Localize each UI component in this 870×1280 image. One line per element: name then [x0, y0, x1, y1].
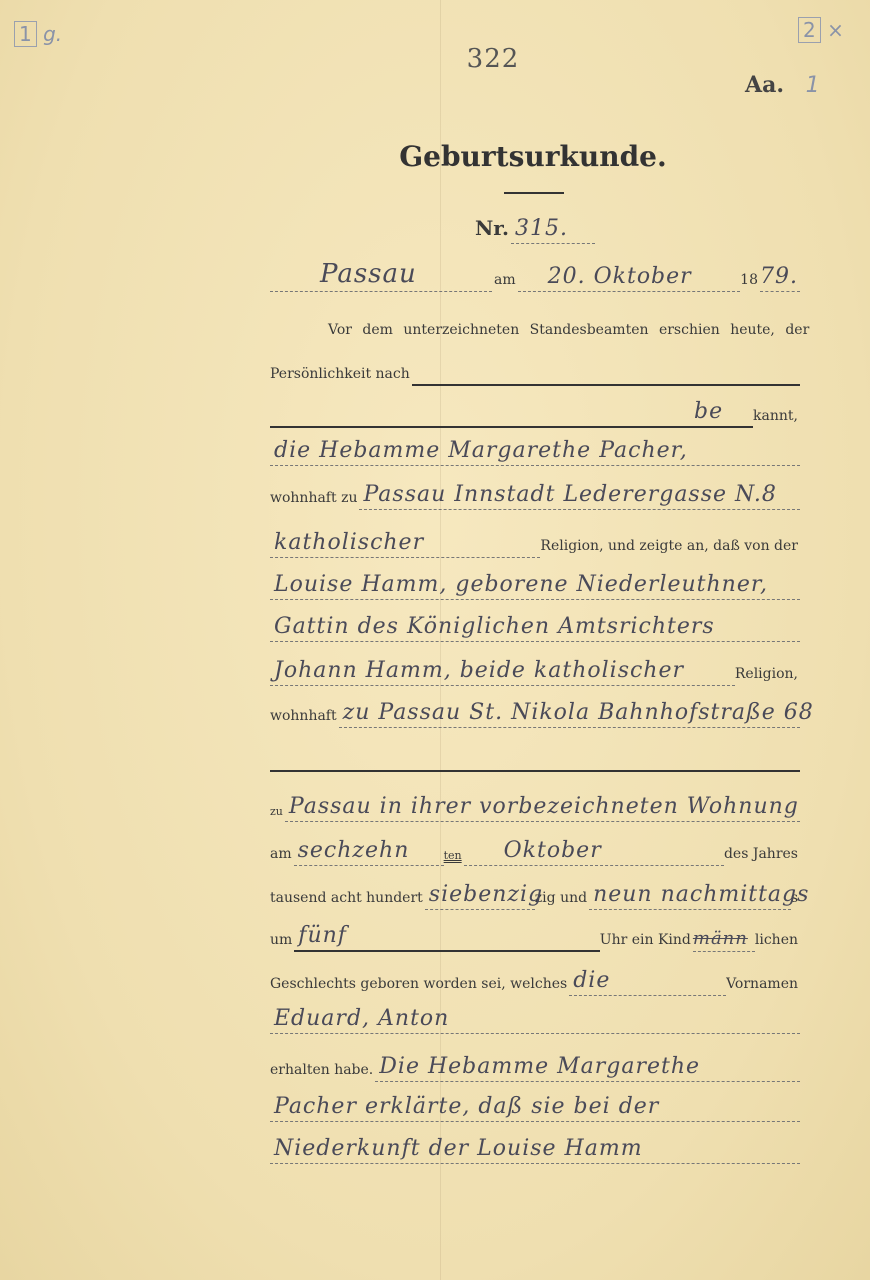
birth-place-label: zu	[270, 805, 285, 822]
mother-line1-value: Louise Hamm, geborene Niederleuthner,	[274, 572, 768, 597]
mother-line3-field: Johann Hamm, beide katholischer	[270, 657, 735, 686]
names-value: Eduard, Anton	[274, 1006, 449, 1031]
mother-line3-value: Johann Hamm, beide katholischer	[274, 658, 684, 683]
residence2-label: wohnhaft	[270, 708, 339, 728]
birth-month-value: Oktober	[504, 838, 602, 863]
series-code: Aa.	[745, 72, 784, 98]
birth-time-label: um	[270, 932, 294, 952]
known-handwritten: be	[694, 399, 723, 424]
informant-value: die Hebamme Margarethe Pacher,	[274, 438, 688, 463]
closing2-field: Pacher erklärte, daß sie bei der	[270, 1093, 800, 1122]
birth-place-field: Passau in ihrer vorbezeichneten Wohnung	[285, 793, 800, 822]
birth-day-row: am sechzehn ten Oktober des Jahres	[270, 836, 800, 866]
religion1-row: katholischer Religion, und zeigte an, da…	[270, 528, 800, 558]
informant-row: die Hebamme Margarethe Pacher,	[270, 436, 800, 466]
gender-field: die	[569, 967, 726, 996]
birth-year-row: tausend acht hundert siebenzig zig und n…	[270, 880, 800, 910]
residence2-value: zu Passau St. Nikola Bahnhofstraße 68	[343, 700, 814, 725]
known-row: be kannt,	[270, 398, 800, 428]
date-value: 20. Oktober	[548, 264, 692, 289]
closing2-value: Pacher erklärte, daß sie bei der	[274, 1094, 659, 1119]
page-number: 322	[0, 44, 870, 74]
blank-row	[270, 742, 800, 772]
date-field: 20. Oktober	[518, 263, 741, 292]
closing2-row: Pacher erklärte, daß sie bei der	[270, 1092, 800, 1122]
religion1-field: katholischer	[270, 529, 540, 558]
birth-place-value: Passau in ihrer vorbezeichneten Wohnung	[289, 794, 799, 819]
mother-line2: Gattin des Königlichen Amtsrichters	[270, 612, 800, 642]
corner-left-annotation: 1 g.	[14, 22, 62, 46]
sex-field: männ	[693, 923, 755, 952]
closing1-field: Die Hebamme Margarethe	[375, 1053, 800, 1082]
personality-row: Persönlichkeit nach	[270, 356, 800, 386]
mother-line3-suffix: Religion,	[735, 666, 800, 686]
gender-row: Geschlechts geboren worden sei, welches …	[270, 966, 800, 996]
year-value: 79.	[760, 264, 798, 289]
year-field: 79.	[760, 263, 800, 292]
birth-year-tens: siebenzig	[425, 881, 535, 910]
residence2-field: zu Passau St. Nikola Bahnhofstraße 68	[339, 699, 800, 728]
number-field: 315.	[511, 215, 595, 244]
residence2-row: wohnhaft zu Passau St. Nikola Bahnhofstr…	[270, 698, 800, 728]
closing3-field: Niederkunft der Louise Hamm	[270, 1135, 800, 1164]
corner-left-mark: g.	[43, 22, 62, 46]
birth-place-row: zu Passau in ihrer vorbezeichneten Wohnu…	[270, 792, 800, 822]
title-rule	[504, 192, 564, 194]
gender-suffix: Vornamen	[726, 976, 800, 996]
closing1-value: Die Hebamme Margarethe	[379, 1054, 700, 1079]
number-label: Nr.	[475, 216, 511, 244]
year-prefix: 18	[740, 272, 760, 292]
names-row: Eduard, Anton	[270, 1004, 800, 1034]
names-field: Eduard, Anton	[270, 1005, 800, 1034]
closing3-row: Niederkunft der Louise Hamm	[270, 1134, 800, 1164]
birth-day-value: sechzehn	[298, 838, 410, 863]
gender-label: Geschlechts geboren worden sei, welches	[270, 976, 569, 996]
intro-label: Vor dem unterzeichneten Standesbeamten e…	[328, 322, 811, 342]
series-label: Aa. 1	[745, 72, 820, 98]
residence1-row: wohnhaft zu Passau Innstadt Lederergasse…	[270, 480, 800, 510]
birth-time-value: fünf	[298, 923, 347, 948]
mother-line1: Louise Hamm, geborene Niederleuthner,	[270, 570, 800, 600]
informant-field: die Hebamme Margarethe Pacher,	[270, 437, 800, 466]
number-value: 315.	[515, 216, 568, 241]
birth-year-label: tausend acht hundert	[270, 890, 425, 910]
birth-day-label: am	[270, 846, 294, 866]
birth-time-field: fünf	[294, 922, 599, 952]
intro-text: Vor dem unterzeichneten Standesbeamten e…	[328, 312, 800, 342]
ten-label: ten	[444, 849, 464, 866]
residence1-field: Passau Innstadt Lederergasse N.8	[359, 481, 800, 510]
series-mark: 1	[806, 73, 820, 98]
birth-year-tens-value: siebenzig	[429, 882, 543, 907]
number-row: Nr. 315.	[475, 214, 595, 244]
gender-value: die	[573, 968, 610, 993]
religion1-value: katholischer	[274, 530, 424, 555]
corner-right-box: 2	[798, 17, 821, 43]
place-field: Passau	[270, 263, 492, 292]
closing3-value: Niederkunft der Louise Hamm	[274, 1136, 643, 1161]
corner-right-annotation: 2 ×	[798, 18, 844, 42]
blank-line	[270, 742, 800, 772]
document-title: Geburtsurkunde.	[0, 140, 870, 173]
closing1-label: erhalten habe.	[270, 1062, 375, 1082]
mother-line1-field: Louise Hamm, geborene Niederleuthner,	[270, 571, 800, 600]
known-field: be	[270, 398, 753, 428]
birth-month-field: Oktober	[464, 837, 724, 866]
residence1-value: Passau Innstadt Lederergasse N.8	[363, 482, 776, 507]
birth-time-row: um fünf Uhr ein Kind männ lichen	[270, 922, 800, 952]
birth-day-field: sechzehn	[294, 837, 444, 866]
birth-day-suffix: des Jahres	[724, 846, 800, 866]
religion1-suffix: Religion, und zeigte an, daß von der	[540, 538, 800, 558]
mother-line3: Johann Hamm, beide katholischer Religion…	[270, 656, 800, 686]
sex-suffix: lichen	[755, 932, 800, 952]
closing1-row: erhalten habe. Die Hebamme Margarethe	[270, 1052, 800, 1082]
residence1-label: wohnhaft zu	[270, 490, 359, 510]
place-value: Passau	[320, 259, 417, 289]
birth-time-mid: Uhr ein Kind	[600, 932, 693, 952]
mother-line2-field: Gattin des Königlichen Amtsrichters	[270, 613, 800, 642]
am-label: am	[492, 272, 518, 292]
known-suffix: kannt,	[753, 408, 800, 428]
mother-line2-value: Gattin des Königlichen Amtsrichters	[274, 614, 715, 639]
birth-year-ones: neun nachmittags	[589, 881, 791, 910]
corner-right-mark: ×	[827, 18, 844, 42]
birth-year-ones-value: neun nachmittags	[593, 882, 809, 907]
personality-field	[412, 356, 800, 386]
personality-label: Persönlichkeit nach	[270, 366, 412, 386]
sex-value: männ	[693, 928, 748, 949]
place-date-row: Passau am 20. Oktober 18 79.	[270, 262, 800, 292]
